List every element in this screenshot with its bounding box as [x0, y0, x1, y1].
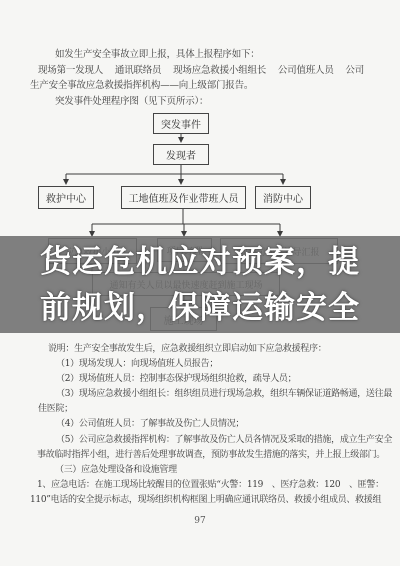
body-line: （1）现场发现人：向现场值班人员报告；	[30, 357, 372, 372]
body-line: （3）现场应急救援小组组长：组织组员进行现场急救，组织车辆保证道路畅通，送往最	[30, 387, 372, 402]
body-line: 110”电话的安全提示标志，现场组织机构框图上明确应通讯联络员、救援小组成员、救…	[30, 493, 372, 508]
body-paragraph: 说明：生产安全事故发生后，应急救援组织立即启动如下应急救援程序： （1）现场发现…	[30, 342, 372, 508]
flow-node-discoverer: 发现者	[153, 144, 209, 165]
banner-title-line-1: 货运危机应对预案，提	[0, 239, 400, 285]
intro-line-2: 现场第一发现人 通讯联络员 现场应急救援小组组长 公司值班人员 公司	[38, 63, 364, 79]
body-line: 事故临时指挥小组，进行善后处理事故调查，预防事故发生措施的落实，并上报上级部门。	[30, 448, 372, 463]
flow-node-rescue-center: 救护中心	[38, 186, 94, 209]
title-banner-overlay: 货运危机应对预案，提 前规划，保障运输安全	[0, 236, 400, 333]
body-line: 佳医院；	[30, 402, 372, 417]
flow-node-emergency-event: 突发事件	[153, 113, 209, 134]
body-line: 说明：生产安全事故发生后，应急救援组织立即启动如下应急救援程序：	[30, 342, 372, 357]
flow-node-site-duty-personnel: 工地值班及作业带班人员	[121, 186, 246, 209]
intro-line-4: 突发事件处理程序图（见下页所示）：	[38, 94, 364, 110]
intro-line-1: 如发生产安全事故立即上报，具体上报程序如下：	[38, 47, 364, 63]
flow-node-fire-center: 消防中心	[255, 186, 311, 209]
report-chain-item: 公司	[345, 63, 364, 79]
body-line: （2）现场值班人员：控制事态保护现场组织抢救，疏导人员；	[30, 372, 372, 387]
body-line: 1、应急电话：在施工现场比较醒目的位置张贴“火警：119 、医疗急救：120 、…	[30, 478, 372, 493]
report-chain-item: 现场第一发现人	[38, 63, 103, 79]
page-number: 97	[0, 516, 400, 526]
body-line: （5）公司应急救援指挥机构：了解事故及伤亡人员各情况及采取的措施，成立生产安全	[30, 433, 372, 448]
intro-line-3: 生产安全事故应急救援指挥机构——向上级部门报告。	[30, 78, 364, 94]
report-chain-item: 现场应急救援小组组长	[173, 63, 266, 79]
body-line: （三）应急处理设备和设施管理	[30, 463, 372, 478]
report-chain-item: 公司值班人员	[278, 63, 334, 79]
body-line: （4）公司值班人员：了解事故及伤亡人员情况；	[30, 417, 372, 432]
document-page: 如发生产安全事故立即上报，具体上报程序如下： 现场第一发现人 通讯联络员 现场应…	[0, 0, 400, 566]
report-chain-item: 通讯联络员	[115, 63, 162, 79]
intro-paragraph: 如发生产安全事故立即上报，具体上报程序如下： 现场第一发现人 通讯联络员 现场应…	[38, 47, 364, 109]
banner-title-line-2: 前规划，保障运输安全	[0, 285, 400, 331]
